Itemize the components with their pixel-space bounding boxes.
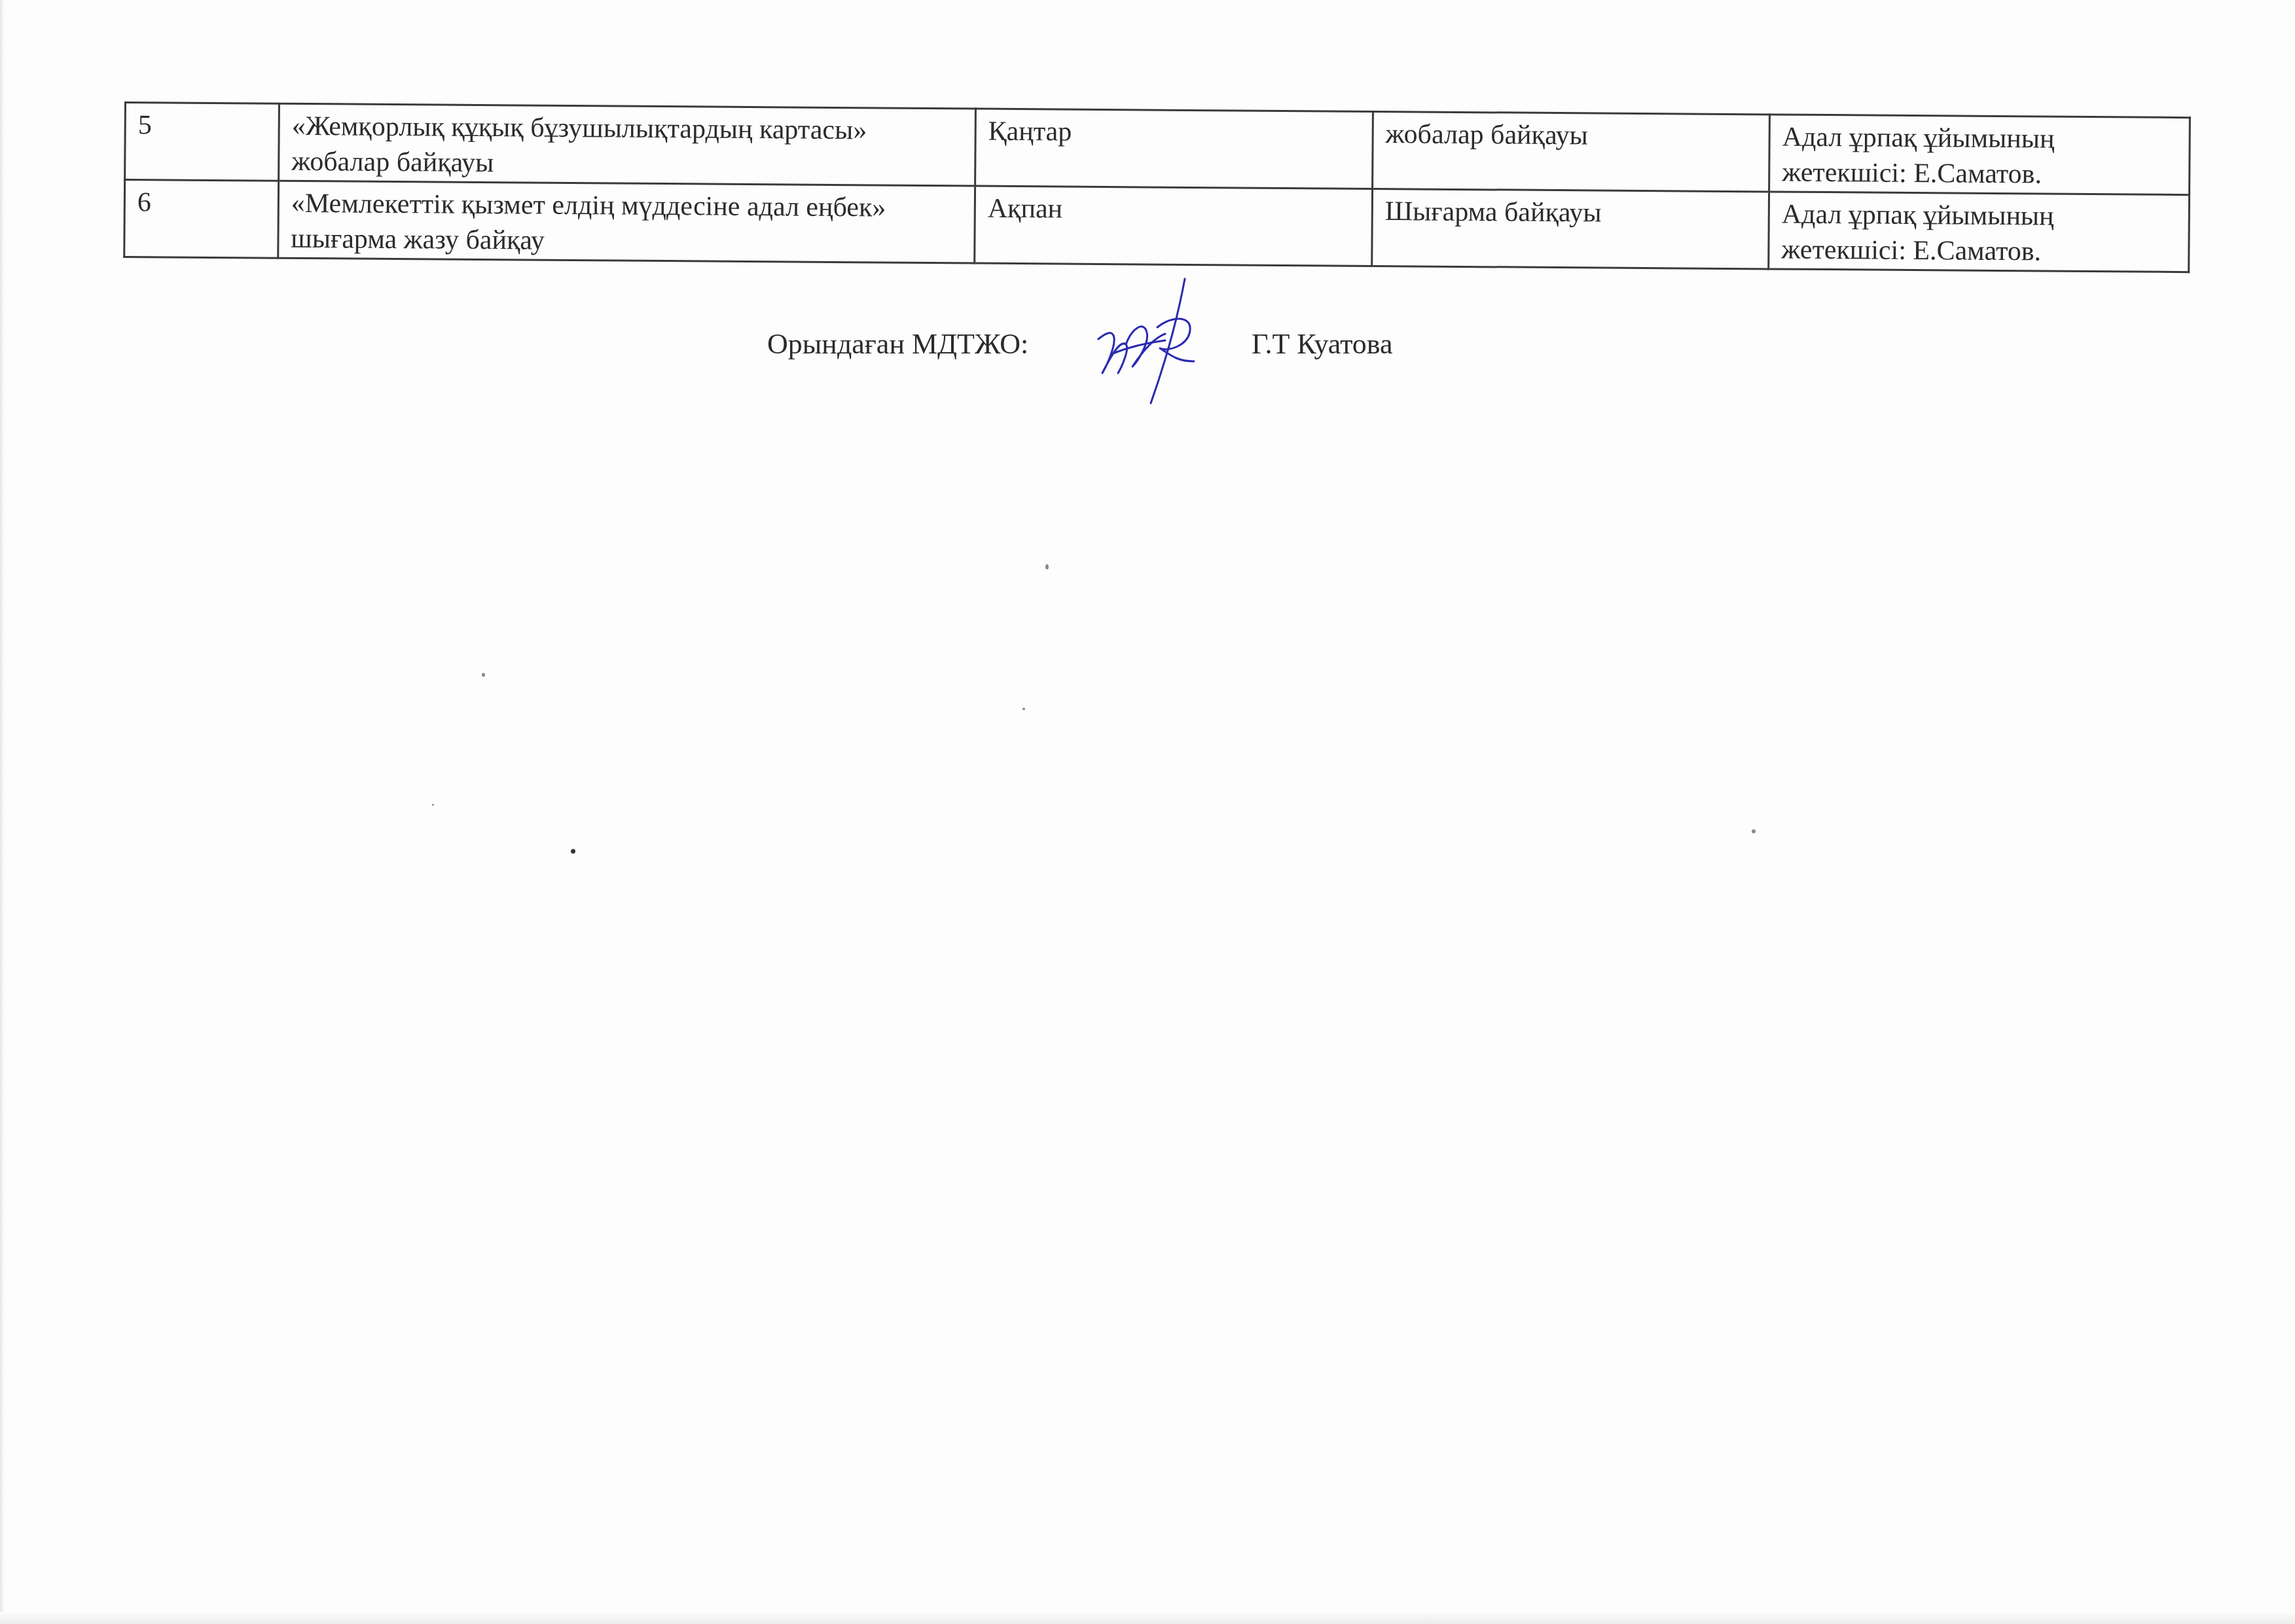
cell-form: Шығарма байқауы	[1372, 189, 1769, 268]
cell-date: Қаңтар	[975, 109, 1373, 189]
signatory-name: Г.Т Куатова	[1252, 327, 1393, 361]
event-plan-table-container: 5 «Жемқорлық құқық бұзушылықтардың карта…	[123, 101, 2189, 273]
event-plan-table: 5 «Жемқорлық құқық бұзушылықтардың карта…	[123, 101, 2191, 273]
scan-speck	[1752, 829, 1756, 833]
scan-bottom-edge	[0, 1612, 2295, 1624]
scan-speck	[1022, 708, 1025, 710]
cell-form: жобалар байқауы	[1373, 111, 1770, 191]
table-row: 6 «Мемлекеттік қызмет елдің мүддесіне ад…	[124, 180, 2190, 272]
scan-speck	[1045, 564, 1049, 569]
scan-speck	[432, 804, 434, 806]
cell-responsible: Адал ұрпақ ұйымының жетекшісі: Е.Саматов…	[1769, 192, 2190, 272]
scan-speck	[571, 849, 575, 854]
table-row: 5 «Жемқорлық құқық бұзушылықтардың карта…	[125, 103, 2190, 195]
cell-responsible: Адал ұрпақ ұйымының жетекшісі: Е.Саматов…	[1769, 115, 2190, 195]
scan-left-edge	[0, 0, 4, 1624]
signature-label: Орындаған МДТЖО:	[767, 327, 1028, 361]
cell-event: «Мемлекеттік қызмет елдің мүддесіне адал…	[278, 181, 975, 263]
handwritten-signature-icon	[1087, 275, 1218, 406]
cell-number: 6	[124, 180, 279, 259]
cell-date: Ақпан	[975, 186, 1373, 266]
cell-number: 5	[125, 103, 280, 181]
scan-speck	[482, 673, 485, 677]
cell-event: «Жемқорлық құқық бұзушылықтардың картасы…	[279, 103, 976, 186]
